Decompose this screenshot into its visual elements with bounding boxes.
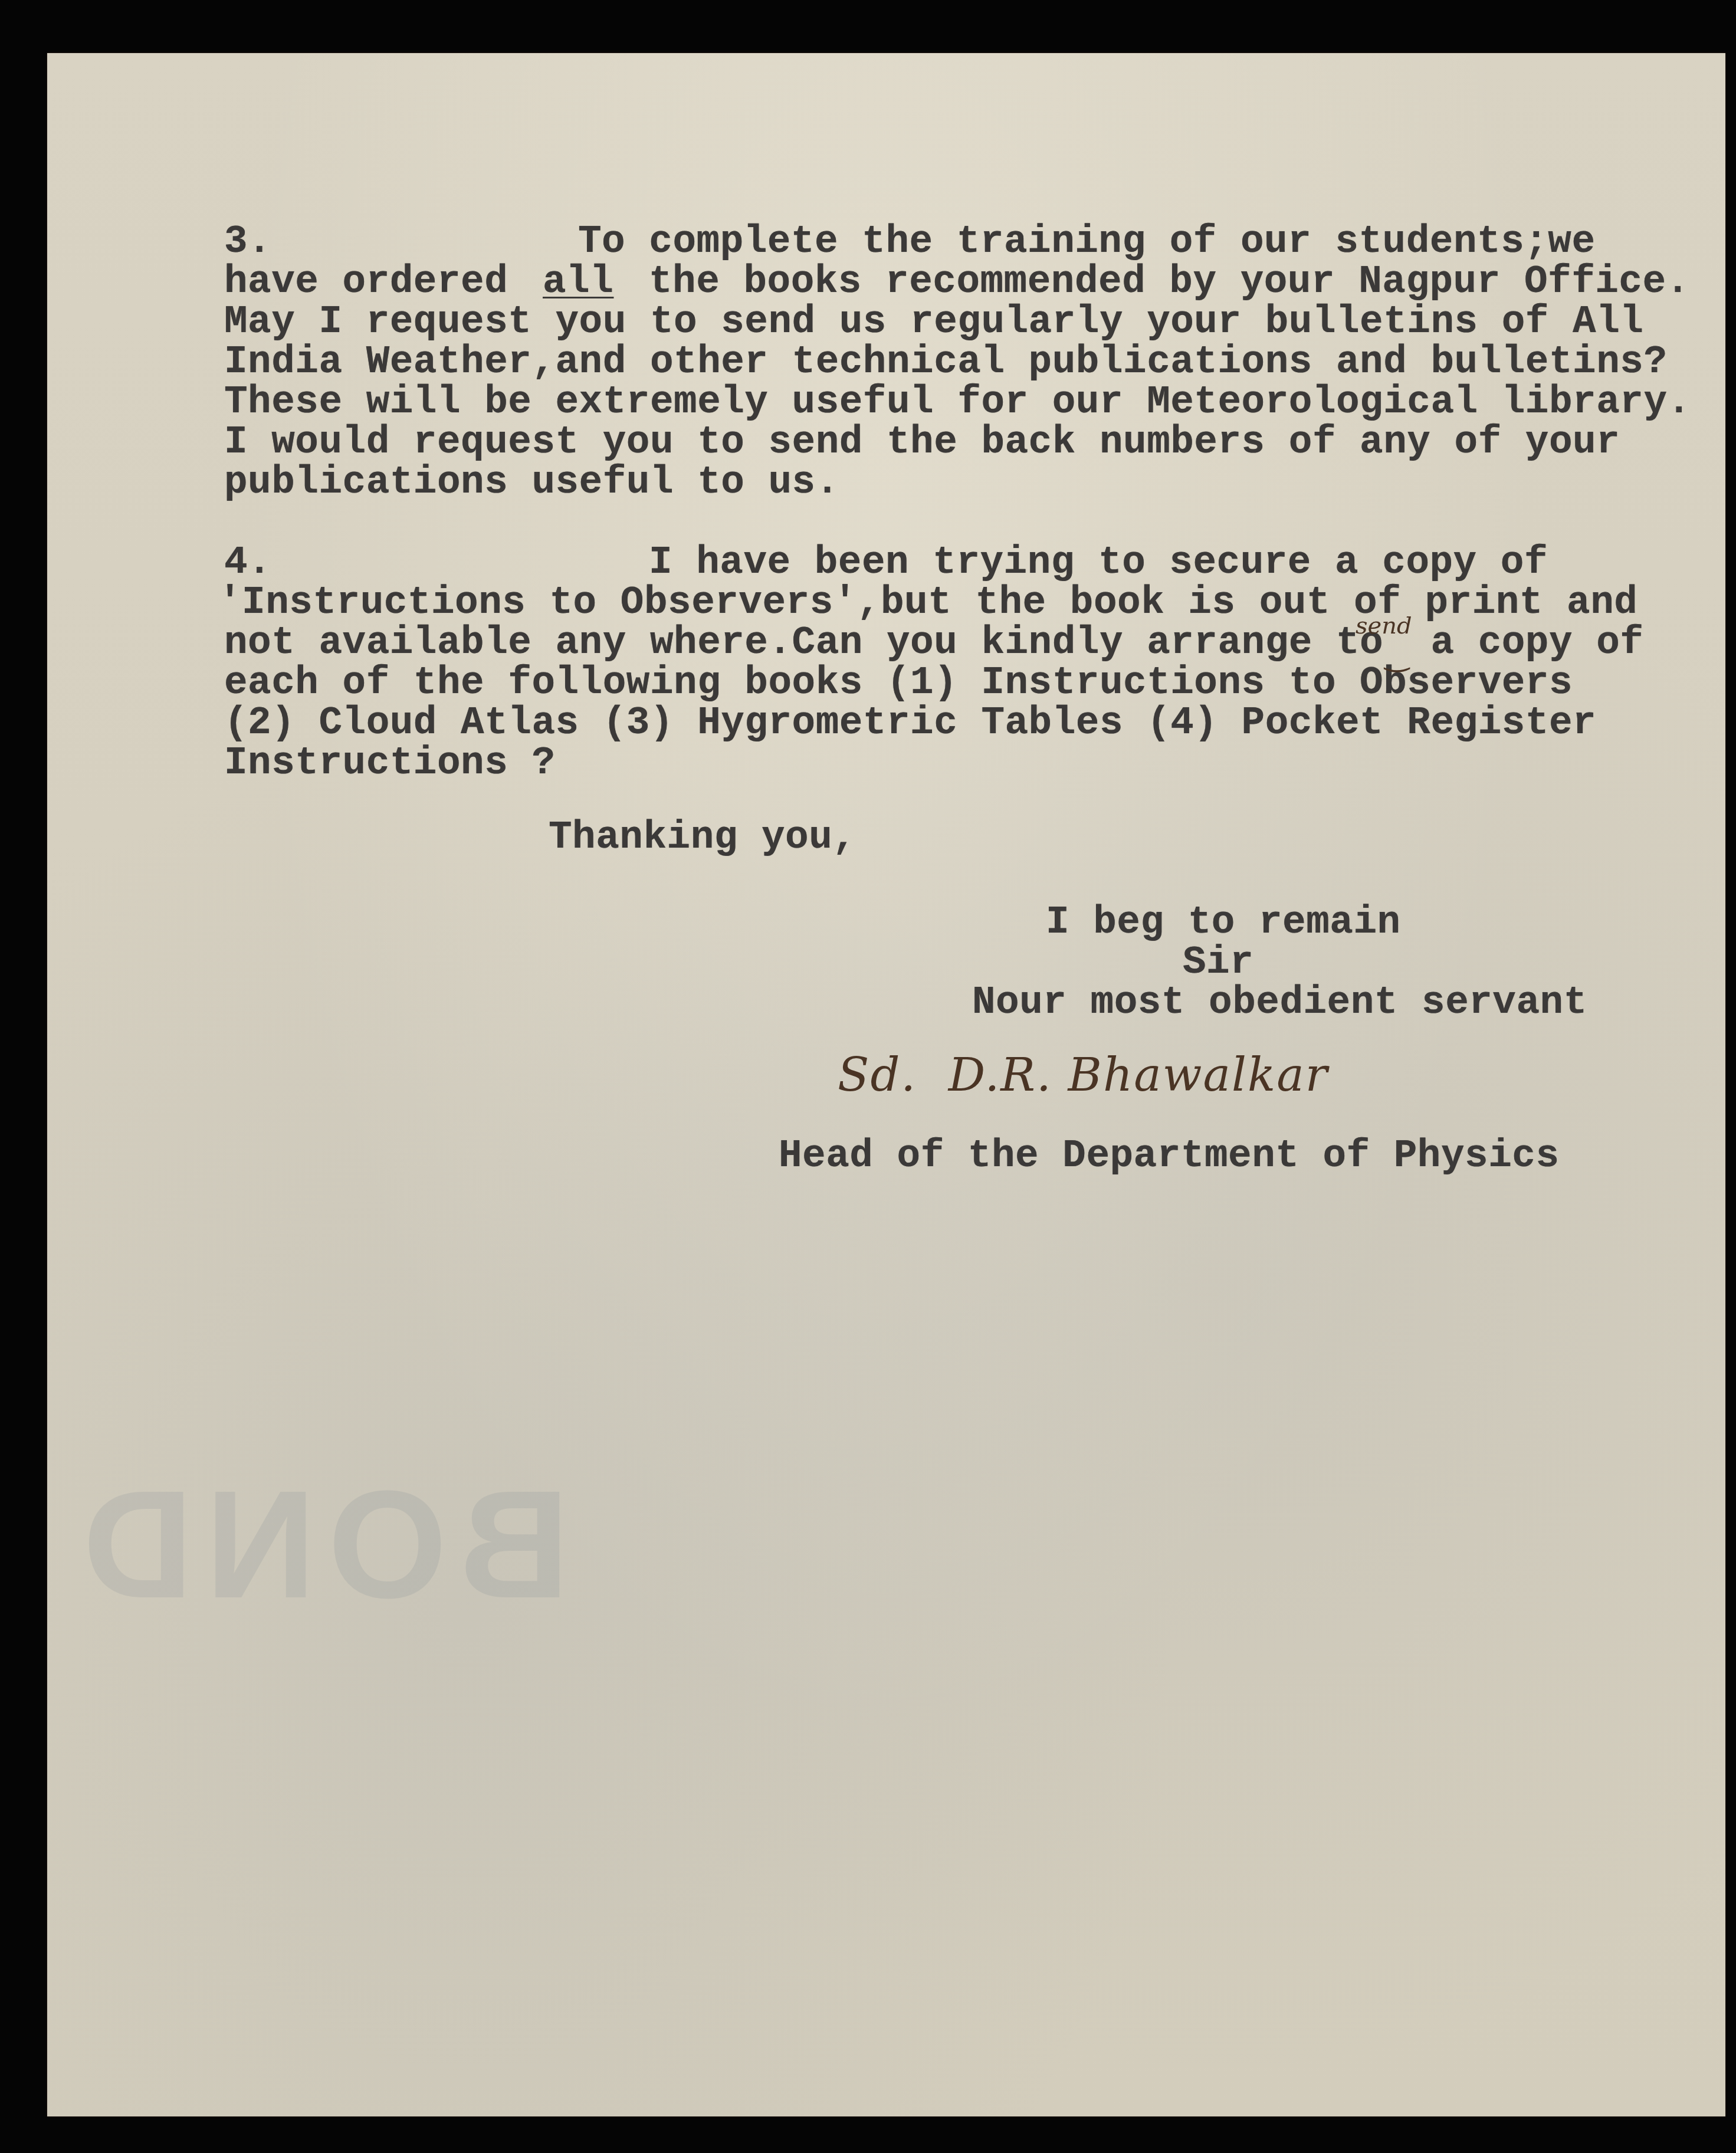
- closing-line-2: Sir: [1183, 943, 1253, 983]
- signature: Sd. D.R. Bhawalkar: [838, 1049, 1328, 1102]
- signatory-title: Head of the Department of Physics: [779, 1136, 1560, 1176]
- closing-line-3: Nour most obedient servant: [972, 983, 1587, 1023]
- closing-line-1: I beg to remain: [1046, 902, 1401, 943]
- thanking-you: Thanking you,: [549, 818, 856, 858]
- watermark-show-through: BOND: [71, 1457, 570, 1633]
- letter-page: BOND 3. To complete the training of our …: [47, 53, 1725, 2116]
